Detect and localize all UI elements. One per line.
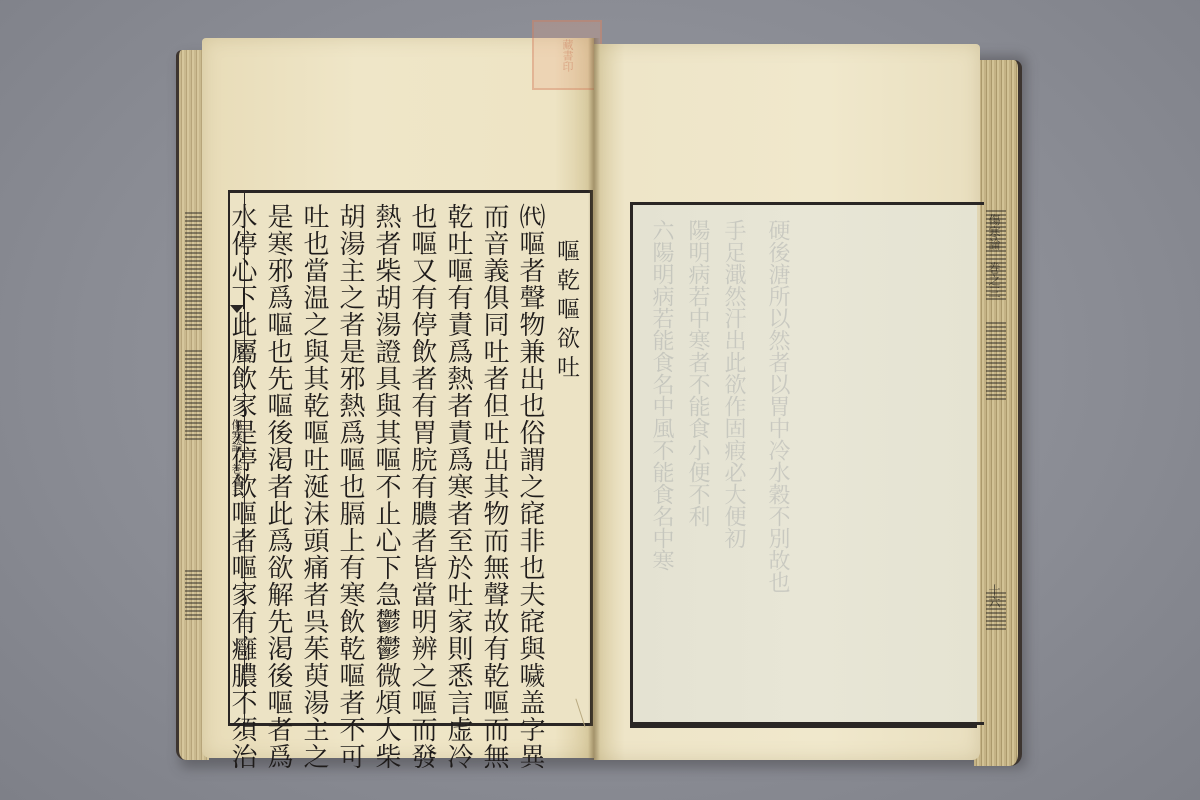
text-column: 乾吐嘔有責爲熱者責爲寒者至於吐家則悉言虚冷 xyxy=(442,203,474,770)
text-column: 胡湯主之者是邪熱爲嘔也膈上有寒飲乾嘔者不可 xyxy=(334,203,366,770)
edge-ink-mark xyxy=(986,320,1006,400)
show-through-text: 硬後溏所以然者以胃中冷水穀不別故也 xyxy=(763,219,791,593)
blank-text-frame: 六陽明病若能食名中風不能食名中寒 陽明病若中寒者不能食小便不利 手足濈然汗出此欲… xyxy=(630,202,977,728)
show-through-text: 陽明病若中寒者不能食小便不利 xyxy=(683,219,711,527)
right-page: 六陽明病若能食名中風不能食名中寒 陽明病若中寒者不能食小便不利 手足濈然汗出此欲… xyxy=(594,44,980,760)
book-gutter xyxy=(588,38,600,760)
text-column: 熱者柴胡湯證具與其嘔不止心下急鬱鬱微煩大柴 xyxy=(370,203,402,770)
frame-bottom-rule xyxy=(630,722,984,725)
left-page: 藏書印 傷寒論 巻之三 嘔乾嘔欲吐 ㈹嘔者聲物兼出也俗謂之䆛非也夫䆛與噦盖字異 … xyxy=(202,38,594,758)
right-fore-edge xyxy=(974,60,1022,766)
show-through-text: 六陽明病若能食名中風不能食名中寒 xyxy=(647,219,675,571)
right-edge-page-number: 十六 xyxy=(986,584,1003,608)
right-edge-title: 傷寒論 巻之三 xyxy=(986,214,1003,298)
text-column: ㈹嘔者聲物兼出也俗謂之䆛非也夫䆛與噦盖字異 xyxy=(514,203,546,770)
section-heading: 嘔乾嘔欲吐 xyxy=(550,239,582,384)
text-column: 而音義俱同吐者但吐出其物而無聲故有乾嘔而無 xyxy=(478,203,510,770)
text-column: 水停心下此屬飲家是停飲嘔者嘔家有癰膿不須治 xyxy=(226,203,258,770)
show-through-text: 手足濈然汗出此欲作固瘕必大便初 xyxy=(719,219,747,549)
frame-top-rule xyxy=(630,202,984,205)
text-column: 是寒邪爲嘔也先嘔後渇者此爲欲解先渇後嘔者爲 xyxy=(262,203,294,770)
text-frame: 傷寒論 巻之三 嘔乾嘔欲吐 ㈹嘔者聲物兼出也俗謂之䆛非也夫䆛與噦盖字異 而音義俱… xyxy=(228,190,593,726)
open-book: 藏書印 傷寒論 巻之三 嘔乾嘔欲吐 ㈹嘔者聲物兼出也俗謂之䆛非也夫䆛與噦盖字異 … xyxy=(176,38,1024,762)
text-column: 吐也當温之與其乾嘔吐涎沫頭痛者呉茱萸湯主之 xyxy=(298,203,330,770)
text-column: 也嘔又有停飲者有胃脘有膿者皆當明辨之嘔而發 xyxy=(406,203,438,770)
